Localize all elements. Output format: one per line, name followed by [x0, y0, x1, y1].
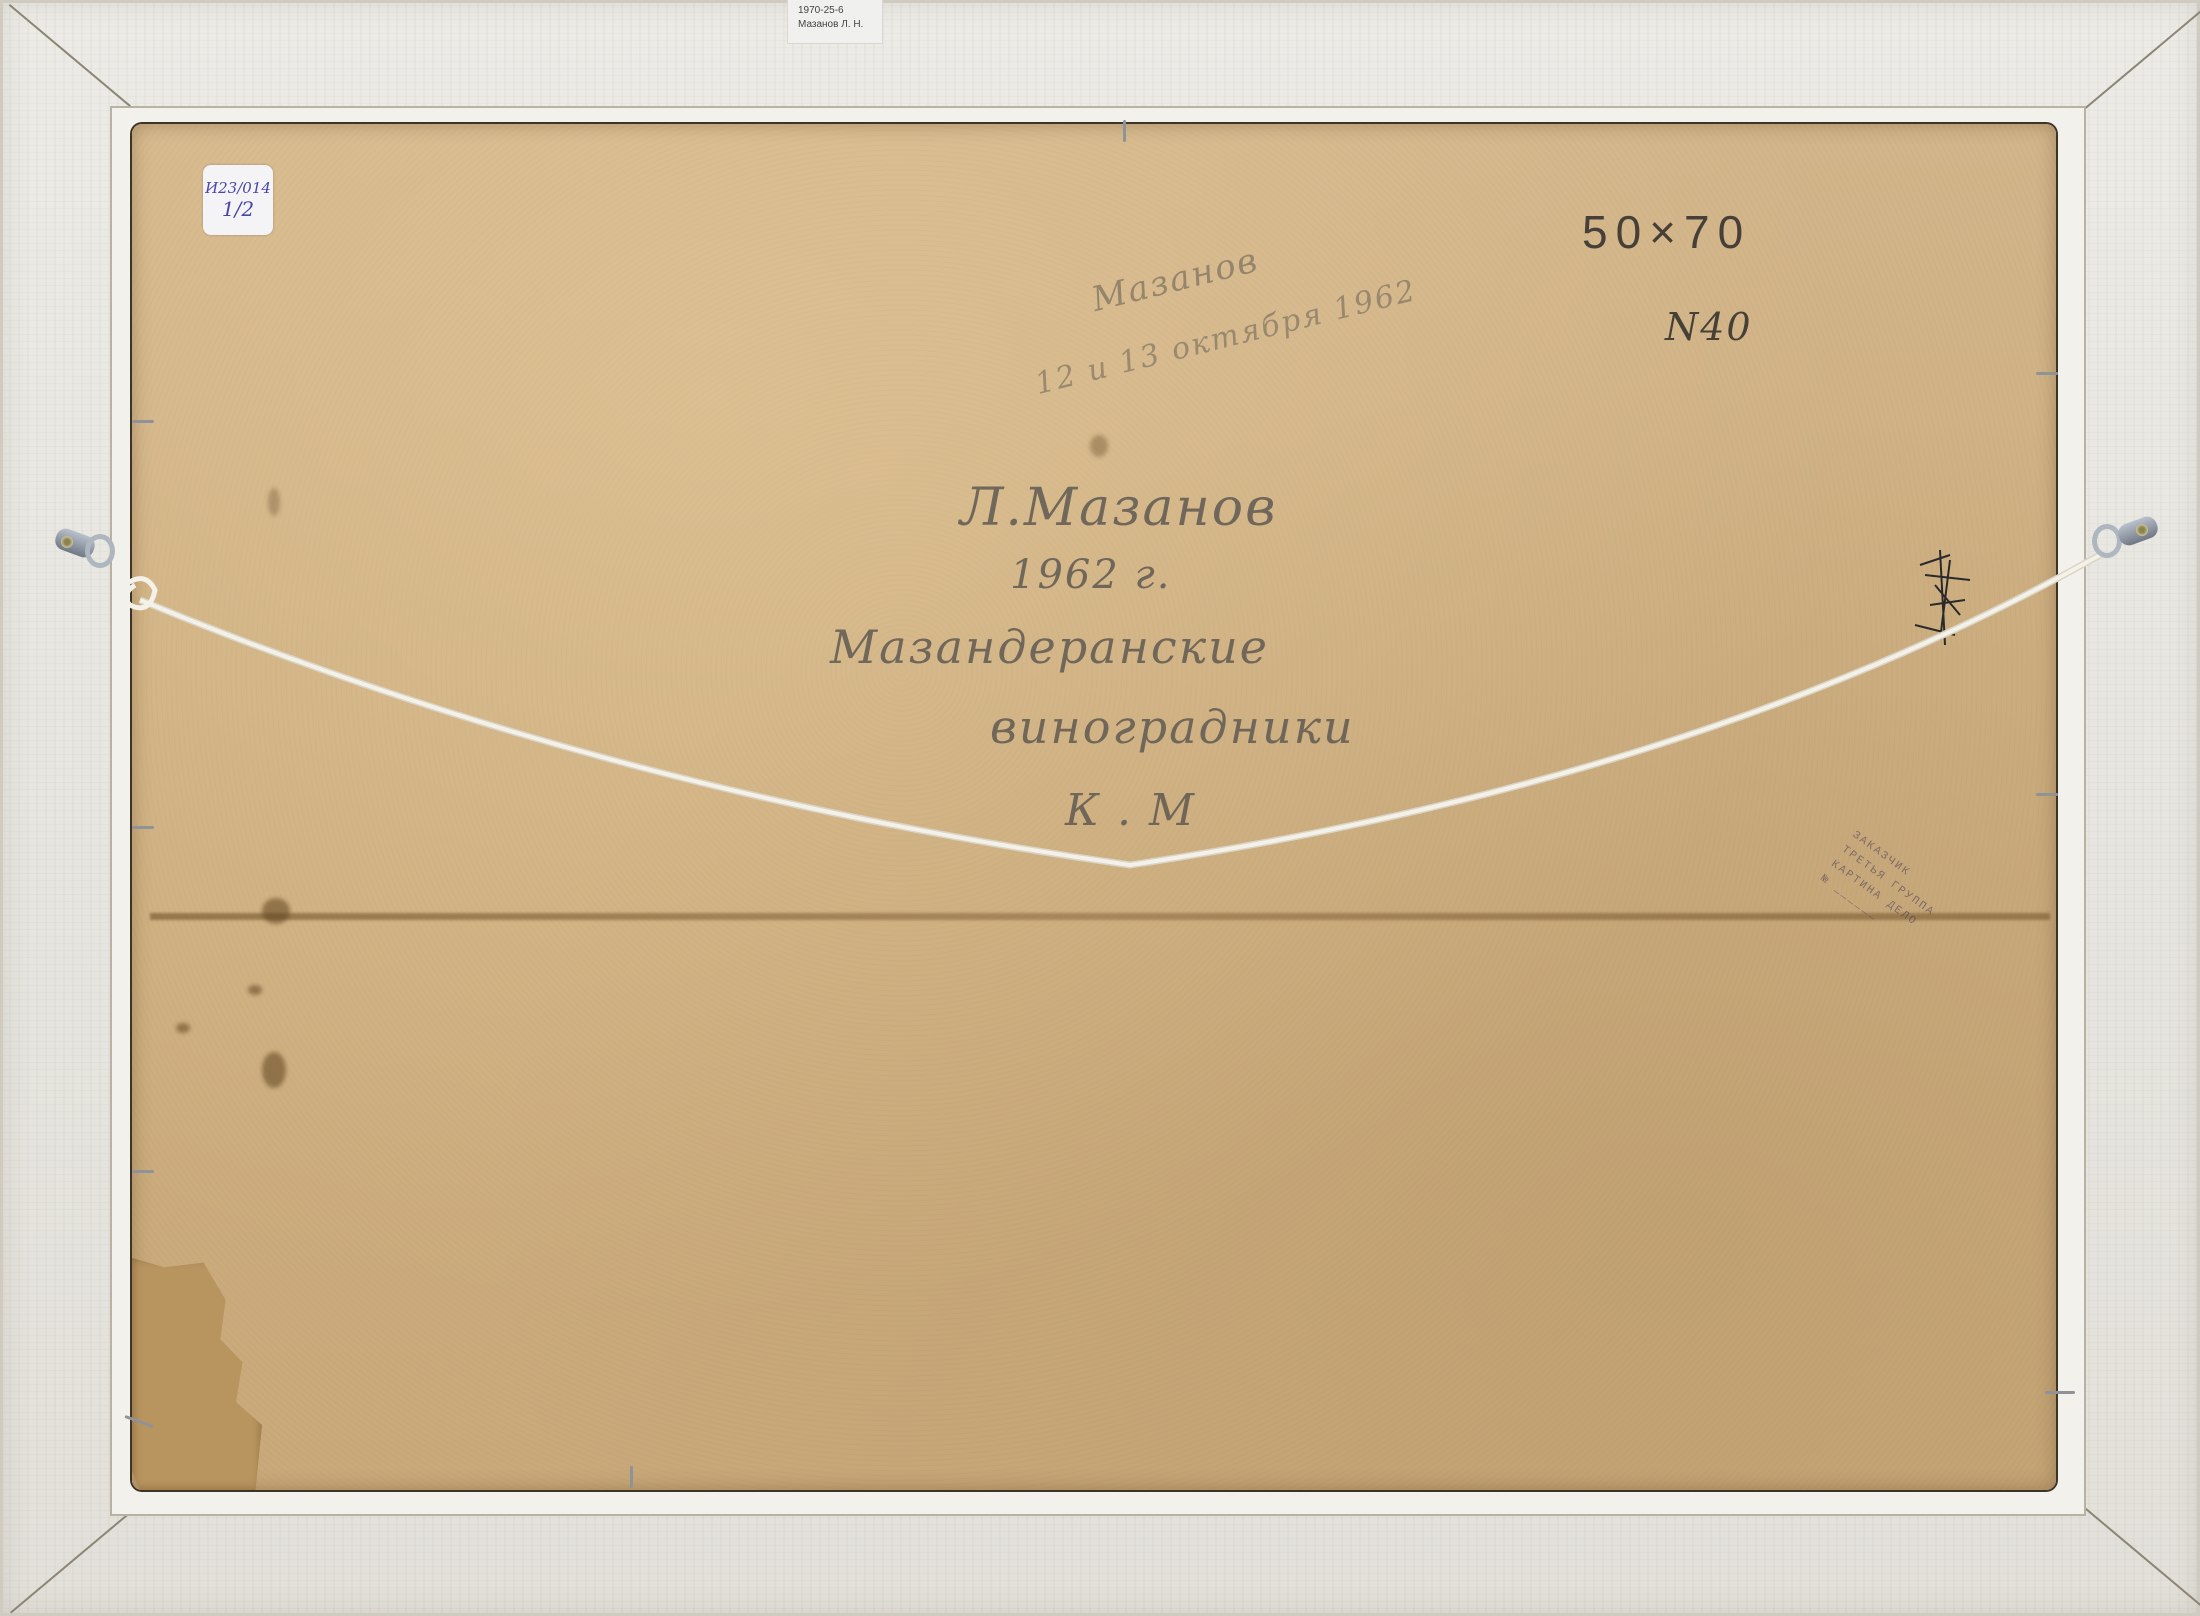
d-ring: [85, 534, 115, 568]
screw-icon: [61, 536, 73, 548]
hanging-cord: [0, 0, 2200, 1616]
screw-icon: [2136, 524, 2148, 536]
d-ring: [2092, 524, 2122, 558]
framed-painting-back: 1970-25-6 Мазанов Л. Н. И23/014 1/2 50×7…: [0, 0, 2200, 1616]
